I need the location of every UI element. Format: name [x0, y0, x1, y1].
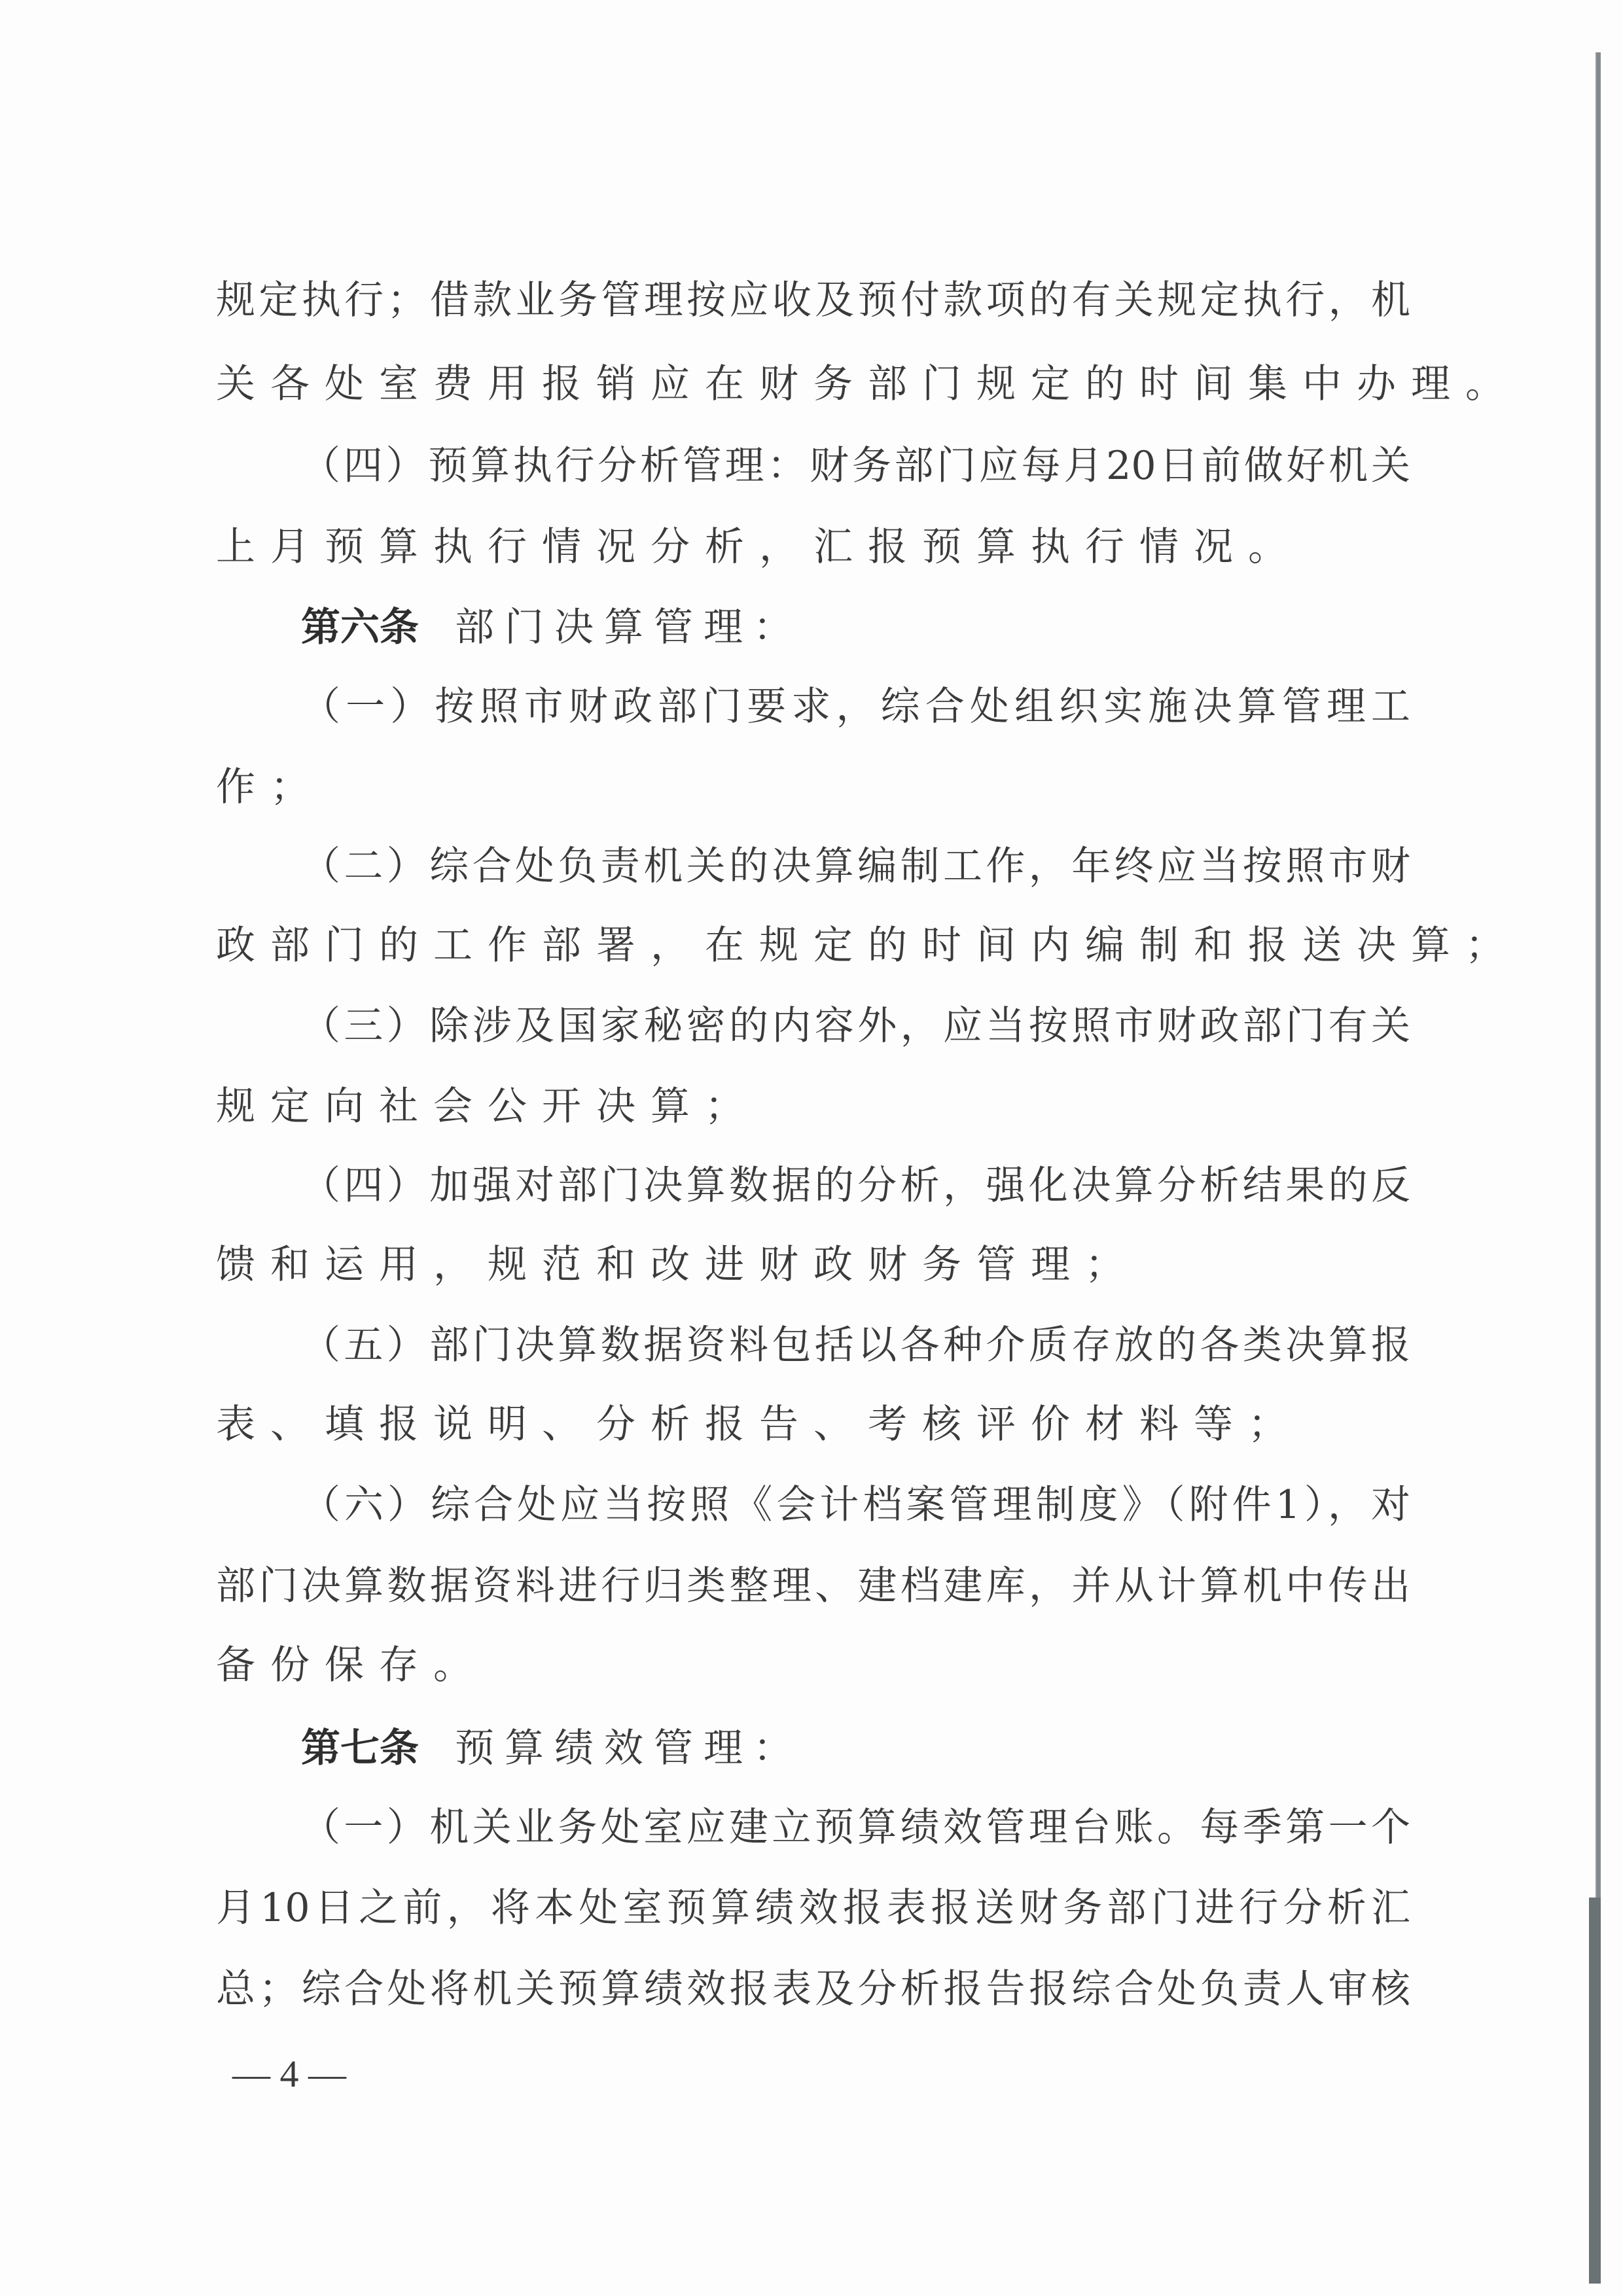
- text-line: 馈和运用，规范和改进财政财务管理；: [216, 1239, 1410, 1291]
- line-text: （一）按照市财政部门要求，综合处组织实施决算管理工: [301, 684, 1410, 730]
- line-text: 部门决算数据资料进行归类整理、建档建库，并从计算机中传出: [216, 1563, 1410, 1609]
- line-text: 规定向社会公开决算；: [216, 1084, 759, 1129]
- line-text: （三）除涉及国家秘密的内容外，应当按照市财政部门有关: [301, 1003, 1410, 1049]
- scan-edge-shadow: [1589, 1898, 1601, 2284]
- line-text: 总；综合处将机关预算绩效报表及分析报告报综合处负责人审核: [216, 1966, 1410, 2012]
- line-text: 表、填报说明、分析报告、考核评价材料等；: [216, 1402, 1302, 1447]
- text-line: （三）除涉及国家秘密的内容外，应当按照市财政部门有关: [301, 1000, 1410, 1052]
- article-heading-line: 第六条部门决算管理：: [301, 601, 1410, 654]
- text-line: （六）综合处应当按照《会计档案管理制度》（附件1），对: [301, 1479, 1410, 1531]
- line-text: 部门决算管理：: [455, 605, 803, 650]
- document-page: 规定执行；借款业务管理按应收及预付款项的有关规定执行，机关各处室费用报销应在财务…: [0, 0, 1623, 2296]
- text-line: 表、填报说明、分析报告、考核评价材料等；: [216, 1398, 1410, 1451]
- text-line: 上月预算执行情况分析，汇报预算执行情况。: [216, 521, 1410, 573]
- line-text: 规定执行；借款业务管理按应收及预付款项的有关规定执行，机: [216, 277, 1410, 323]
- text-line: 规定执行；借款业务管理按应收及预付款项的有关规定执行，机: [216, 274, 1410, 327]
- line-text: （六）综合处应当按照《会计档案管理制度》（附件1），对: [301, 1482, 1410, 1528]
- line-text: 上月预算执行情况分析，汇报预算执行情况。: [216, 524, 1302, 570]
- text-line: （四）预算执行分析管理：财务部门应每月20日前做好机关: [301, 440, 1410, 492]
- text-line: 政部门的工作部署，在规定的时间内编制和报送决算；: [216, 919, 1410, 972]
- text-line: 备份保存。: [216, 1639, 1410, 1691]
- line-text: 月10日之前，将本处室预算绩效报表报送财务部门进行分析汇: [216, 1885, 1410, 1931]
- line-text: （二）综合处负责机关的决算编制工作，年终应当按照市财: [301, 843, 1410, 889]
- text-line: 关各处室费用报销应在财务部门规定的时间集中办理。: [216, 358, 1410, 410]
- line-text: （四）预算执行分析管理：财务部门应每月20日前做好机关: [301, 443, 1410, 489]
- line-text: （一）机关业务处室应建立预算绩效管理台账。每季第一个: [301, 1805, 1410, 1850]
- text-line: （一）机关业务处室应建立预算绩效管理台账。每季第一个: [301, 1801, 1410, 1854]
- article-number: 第七条: [301, 1725, 419, 1771]
- text-line: （一）按照市财政部门要求，综合处组织实施决算管理工: [301, 680, 1410, 733]
- line-text: 备份保存。: [216, 1642, 488, 1688]
- line-text: 关各处室费用报销应在财务部门规定的时间集中办理。: [216, 361, 1520, 407]
- text-line: 作；: [216, 761, 1410, 813]
- line-text: 馈和运用，规范和改进财政财务管理；: [216, 1242, 1139, 1288]
- text-line: （五）部门决算数据资料包括以各种介质存放的各类决算报: [301, 1319, 1410, 1371]
- line-text: （四）加强对部门决算数据的分析，强化决算分析结果的反: [301, 1163, 1410, 1209]
- text-line: 总；综合处将机关预算绩效报表及分析报告报综合处负责人审核: [216, 1963, 1410, 2015]
- text-line: 部门决算数据资料进行归类整理、建档建库，并从计算机中传出: [216, 1560, 1410, 1612]
- line-text: 预算绩效管理：: [455, 1725, 803, 1771]
- page-number: — 4 —: [232, 2048, 346, 2100]
- text-line: （四）加强对部门决算数据的分析，强化决算分析结果的反: [301, 1159, 1410, 1212]
- text-line: 月10日之前，将本处室预算绩效报表报送财务部门进行分析汇: [216, 1882, 1410, 1934]
- article-heading-line: 第七条预算绩效管理：: [301, 1722, 1410, 1775]
- text-line: 规定向社会公开决算；: [216, 1080, 1410, 1133]
- line-text: （五）部门决算数据资料包括以各种介质存放的各类决算报: [301, 1322, 1410, 1368]
- line-text: 作；: [216, 764, 325, 810]
- article-number: 第六条: [301, 605, 419, 650]
- text-line: （二）综合处负责机关的决算编制工作，年终应当按照市财: [301, 840, 1410, 892]
- line-text: 政部门的工作部署，在规定的时间内编制和报送决算；: [216, 923, 1520, 968]
